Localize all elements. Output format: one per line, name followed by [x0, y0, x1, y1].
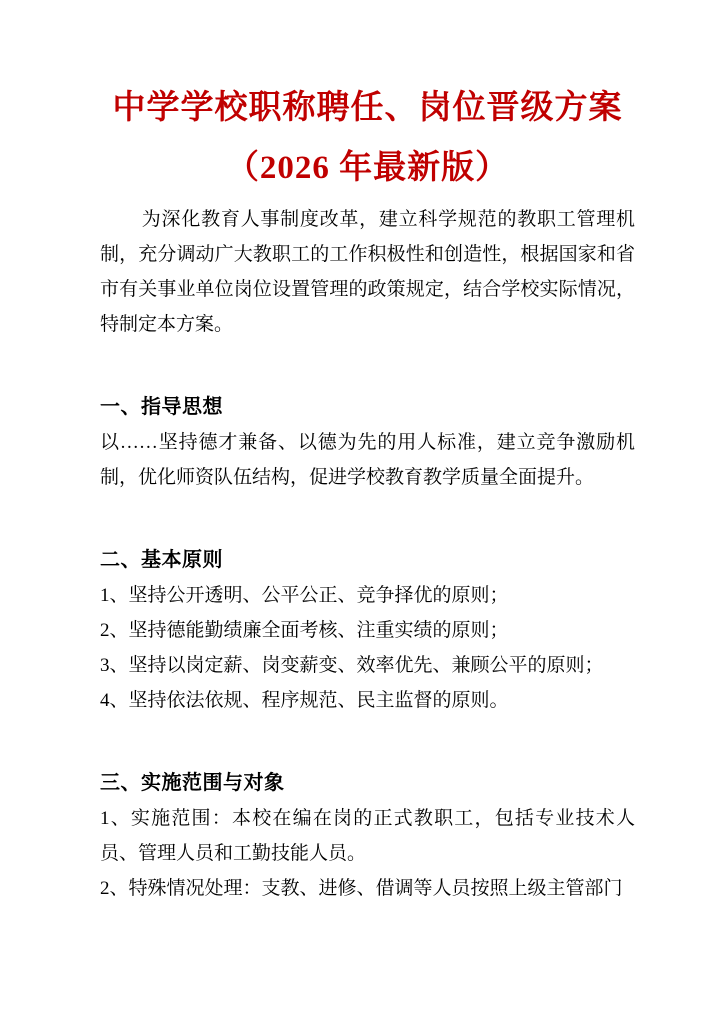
- section-heading: 三、实施范围与对象: [100, 766, 635, 801]
- section-paragraph: 4、坚持依法依规、程序规范、民主监督的原则。: [100, 683, 635, 718]
- document-page: 中学学校职称聘任、岗位晋级方案 （2026 年最新版） 为深化教育人事制度改革，…: [0, 0, 724, 1024]
- section-heading: 二、基本原则: [100, 543, 635, 578]
- intro-paragraph: 为深化教育人事制度改革，建立科学规范的教职工管理机制，充分调动广大教职工的工作积…: [100, 202, 635, 342]
- section-paragraph: 2、坚持德能勤绩廉全面考核、注重实绩的原则；: [100, 613, 635, 648]
- section-paragraph: 1、坚持公开透明、公平公正、竞争择优的原则；: [100, 578, 635, 613]
- section: 一、指导思想以……坚持德才兼备、以德为先的用人标准，建立竞争激励机制，优化师资队…: [100, 390, 635, 495]
- document-title: 中学学校职称聘任、岗位晋级方案 （2026 年最新版）: [100, 78, 635, 198]
- document-title-line2: （2026 年最新版）: [100, 138, 635, 198]
- sections-container: 一、指导思想以……坚持德才兼备、以德为先的用人标准，建立竞争激励机制，优化师资队…: [100, 390, 635, 906]
- section-paragraph: 3、坚持以岗定薪、岗变薪变、效率优先、兼顾公平的原则；: [100, 648, 635, 683]
- section: 三、实施范围与对象1、实施范围：本校在编在岗的正式教职工，包括专业技术人员、管理…: [100, 766, 635, 906]
- document-title-line1: 中学学校职称聘任、岗位晋级方案: [100, 78, 635, 138]
- section-heading: 一、指导思想: [100, 390, 635, 425]
- document-body: 为深化教育人事制度改革，建立科学规范的教职工管理机制，充分调动广大教职工的工作积…: [100, 202, 635, 906]
- section-paragraph: 2、特殊情况处理：支教、进修、借调等人员按照上级主管部门: [100, 871, 635, 906]
- section-paragraph: 以……坚持德才兼备、以德为先的用人标准，建立竞争激励机制，优化师资队伍结构，促进…: [100, 425, 635, 495]
- section-paragraph: 1、实施范围：本校在编在岗的正式教职工，包括专业技术人员、管理人员和工勤技能人员…: [100, 801, 635, 871]
- section: 二、基本原则1、坚持公开透明、公平公正、竞争择优的原则；2、坚持德能勤绩廉全面考…: [100, 543, 635, 718]
